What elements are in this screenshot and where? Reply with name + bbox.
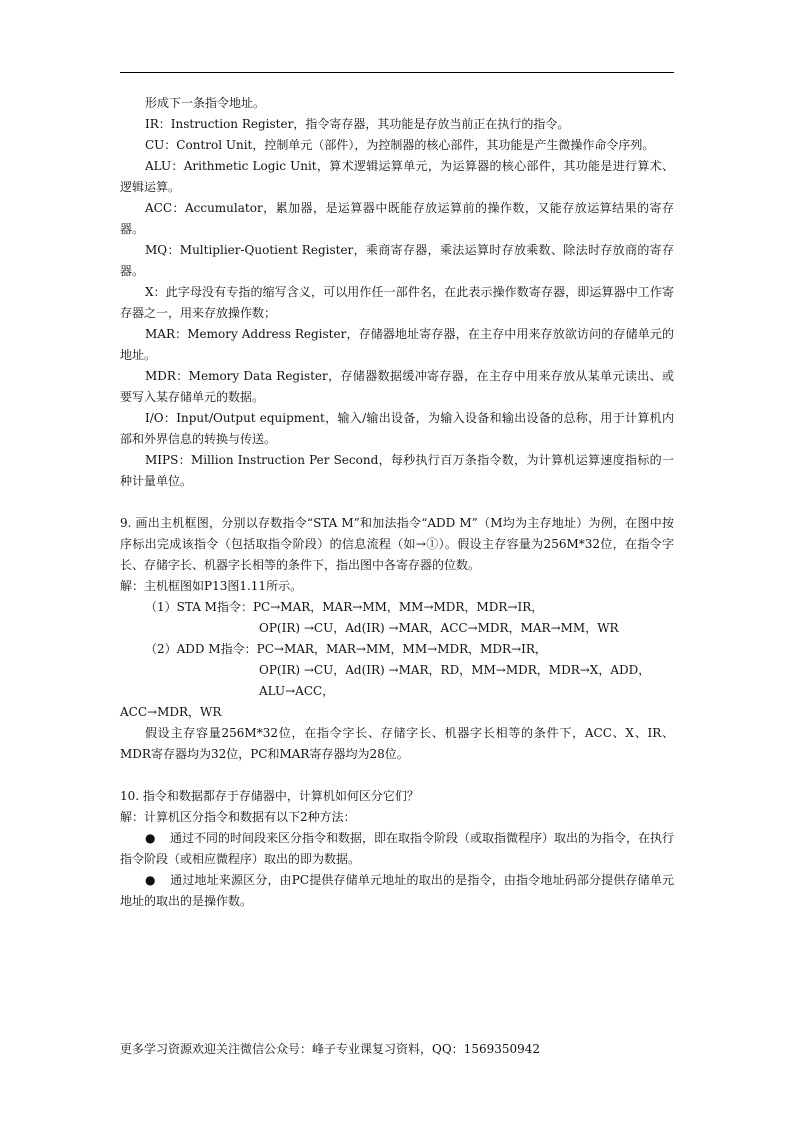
- definition-alu: ALU：Arithmetic Logic Unit，算术逻辑运算单元，为运算器的…: [120, 156, 674, 198]
- document-body: 形成下一条指令地址。 IR：Instruction Register，指令寄存器…: [120, 93, 674, 912]
- bullet-item: ●通过地址来源区分，由PC提供存储单元地址的取出的是指令，由指令地址码部分提供存…: [120, 870, 674, 912]
- definition-mdr: MDR：Memory Data Register，存储器数据缓冲寄存器，在主存中…: [120, 366, 674, 408]
- answer-9-intro: 解：主机框图如P13图1.11所示。: [120, 576, 674, 597]
- spacer: [120, 765, 674, 786]
- paragraph-continuation: 形成下一条指令地址。: [120, 93, 674, 114]
- bullet-item: ●通过不同的时间段来区分指令和数据，即在取指令阶段（或取指微程序）取出的为指令，…: [120, 828, 674, 870]
- question-10: 10. 指令和数据都存于存储器中，计算机如何区分它们？: [120, 786, 674, 807]
- bullet-text: 通过地址来源区分，由PC提供存储单元地址的取出的是指令，由指令地址码部分提供存储…: [120, 873, 674, 908]
- definition-mips: MIPS：Million Instruction Per Second，每秒执行…: [120, 450, 674, 492]
- add-step-line-1: （2）ADD M指令：PC→MAR，MAR→MM，MM→MDR，MDR→IR，: [120, 639, 674, 660]
- page-footer: 更多学习资源欢迎关注微信公众号：峰子专业课复习资料，QQ：1569350942: [120, 1040, 540, 1058]
- sta-step-line-1: （1）STA M指令：PC→MAR，MAR→MM，MM→MDR，MDR→IR，: [120, 597, 674, 618]
- spacer: [120, 492, 674, 513]
- add-step-line-2: OP(IR) →CU，Ad(IR) →MAR，RD，MM→MDR，MDR→X，A…: [120, 660, 674, 702]
- question-9: 9. 画出主机框图，分别以存数指令“STA M”和加法指令“ADD M”（M均为…: [120, 513, 674, 576]
- definition-mar: MAR：Memory Address Register，存储器地址寄存器，在主存…: [120, 324, 674, 366]
- definition-acc: ACC：Accumulator，累加器，是运算器中既能存放运算前的操作数，又能存…: [120, 198, 674, 240]
- bullet-icon: ●: [145, 828, 170, 849]
- definition-cu: CU：Control Unit，控制单元（部件），为控制器的核心部件，其功能是产…: [120, 135, 674, 156]
- answer-10-intro: 解：计算机区分指令和数据有以下2种方法：: [120, 807, 674, 828]
- definition-mq: MQ：Multiplier-Quotient Register，乘商寄存器，乘法…: [120, 240, 674, 282]
- bullet-text: 通过不同的时间段来区分指令和数据，即在取指令阶段（或取指微程序）取出的为指令，在…: [120, 831, 674, 866]
- definition-ir: IR：Instruction Register，指令寄存器，其功能是存放当前正在…: [120, 114, 674, 135]
- definition-x: X：此字母没有专指的缩写含义，可以用作任一部件名，在此表示操作数寄存器，即运算器…: [120, 282, 674, 324]
- sta-step-line-2: OP(IR) →CU，Ad(IR) →MAR，ACC→MDR，MAR→MM，WR: [120, 618, 674, 639]
- definition-io: I/O：Input/Output equipment，输入/输出设备，为输入设备…: [120, 408, 674, 450]
- add-step-line-3: ACC→MDR，WR: [120, 702, 674, 723]
- header-rule: [120, 72, 674, 73]
- bullet-icon: ●: [145, 870, 170, 891]
- answer-9-conclusion: 假设主存容量256M*32位，在指令字长、存储字长、机器字长相等的条件下，ACC…: [120, 723, 674, 765]
